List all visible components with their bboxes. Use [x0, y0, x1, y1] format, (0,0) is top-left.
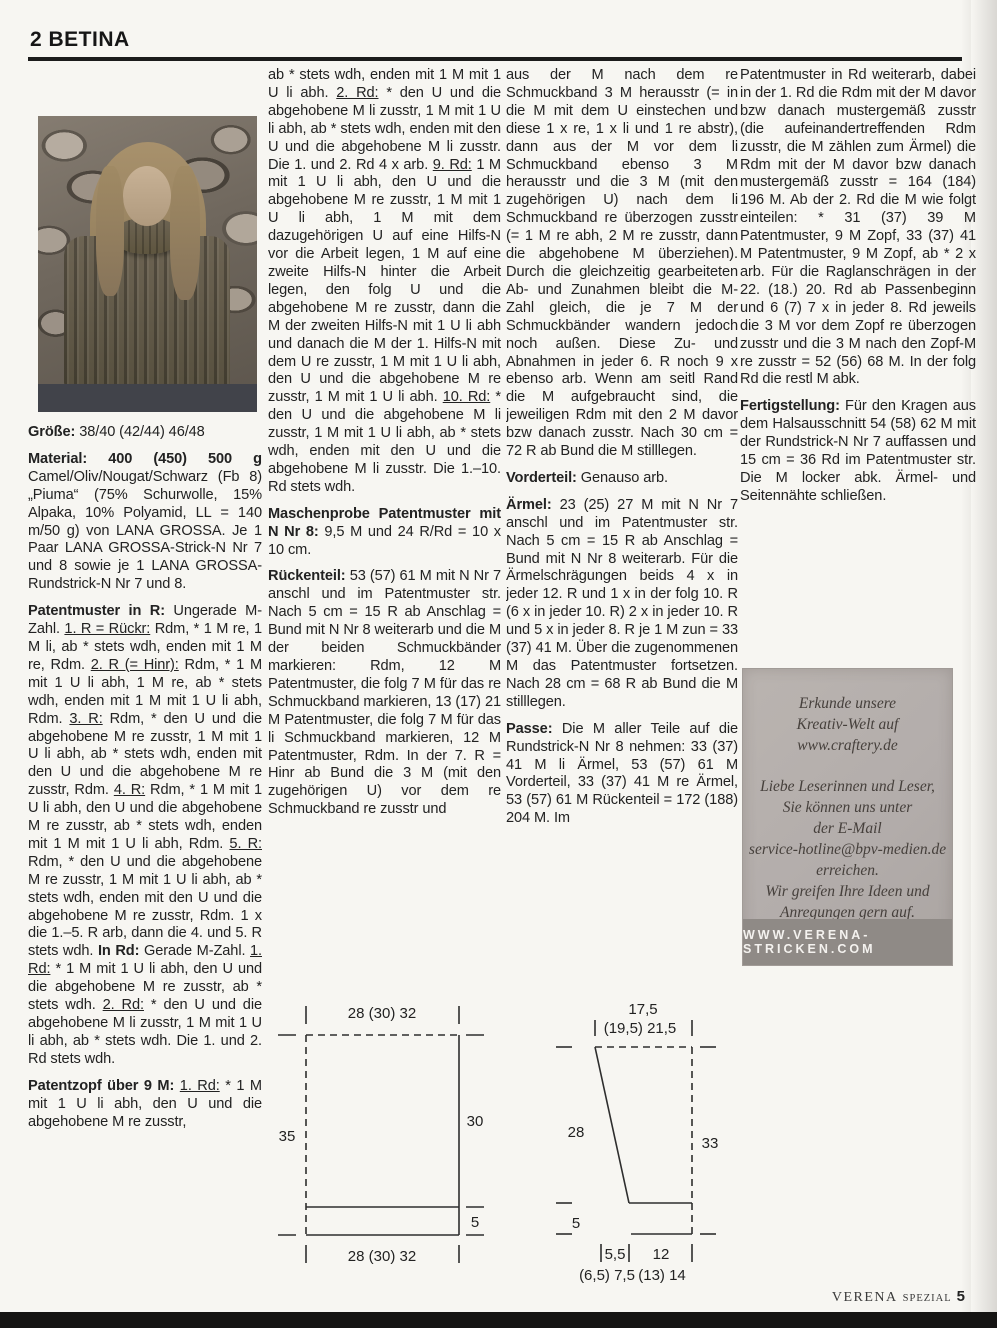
ad-text-line: service-hotline@bpv-medien.de — [743, 839, 952, 860]
paragraph: ab * stets wdh, enden mit 1 M mit 1 U li… — [268, 67, 501, 497]
text-run: 2. Rd: — [336, 85, 378, 101]
paragraph: Patentzopf über 9 M: 1. Rd: * 1 M mit 1 … — [28, 1078, 262, 1132]
model-jeans — [38, 384, 257, 412]
model-hair-left — [96, 166, 124, 296]
text-column-3: aus der M nach dem re Schmuckband 3 M he… — [506, 67, 738, 993]
ad-text-line: Erkunde unsere — [743, 693, 952, 714]
ad-text-line: der E-Mail — [743, 818, 952, 839]
text-run: 3. R: — [69, 711, 102, 727]
text-run: 9. Rd: — [433, 157, 472, 173]
text-run: 4. R: — [114, 782, 145, 798]
paragraph: Patentmuster in Rd weiterarb, dabei in d… — [740, 67, 976, 389]
paragraph: Fertigstellung: Für den Kragen aus dem H… — [740, 398, 976, 505]
sleeve-right-height-label: 33 — [702, 1135, 719, 1152]
ad-website-banner: WWW.VERENA-STRICKEN.COM — [743, 919, 952, 965]
paragraph: aus der M nach dem re Schmuckband 3 M he… — [506, 67, 738, 461]
text-run: 2. Rd: — [103, 997, 144, 1013]
ad-text-line: Sie können uns unter — [743, 797, 952, 818]
craftery-ad-box: Erkunde unsereKreativ-Welt aufwww.crafte… — [742, 668, 953, 966]
ad-text-line: erreichen. — [743, 860, 952, 881]
page-title: 2 BETINA — [30, 28, 130, 52]
schematic-body-piece: 28 (30) 32 35 30 5 28 (30) 32 — [268, 998, 498, 1298]
sleeve-top-width-label-2: (19,5) 21,5 — [604, 1020, 677, 1037]
sleeve-bottom-inner-label-1: 5,5 — [605, 1246, 626, 1263]
text-column-2: ab * stets wdh, enden mit 1 M mit 1 U li… — [268, 67, 501, 993]
ad-intro-text: Erkunde unsereKreativ-Welt aufwww.crafte… — [743, 693, 952, 756]
text-run: Patentmuster in R: — [28, 603, 173, 619]
text-run: Patentmuster in Rd weiterarb, dabei in d… — [740, 67, 976, 387]
text-run: 38/40 (42/44) 46/48 — [79, 424, 205, 440]
text-run: 1 M mit 1 U li abh, den U und die abgeho… — [268, 157, 501, 406]
text-run: 1. Rd: — [180, 1078, 220, 1094]
text-run: 5. R: — [229, 836, 262, 852]
paragraph: Passe: Die M aller Teile auf die Rundstr… — [506, 721, 738, 828]
text-run: Größe: — [28, 424, 79, 440]
sleeve-slant-edge — [595, 1047, 629, 1203]
model-sweater — [64, 236, 230, 388]
text-column-1: Größe: 38/40 (42/44) 46/48Material: 400 … — [28, 424, 262, 1316]
sleeve-top-width-label-1: 17,5 — [628, 1001, 657, 1018]
ad-text-line: Kreativ-Welt auf — [743, 714, 952, 735]
text-run: Camel/Oliv/Nougat/Schwarz (Fb 8) „Piuma“… — [28, 469, 262, 592]
body-bottom-width-label: 28 (30) 32 — [348, 1248, 416, 1265]
text-run: Fertigstellung: — [740, 398, 845, 414]
text-run: Vorderteil: — [506, 470, 581, 486]
text-run: 53 (57) 61 M mit N Nr 7 anschl und im Pa… — [268, 568, 501, 817]
model-face — [123, 166, 171, 226]
text-run: 2. R (= Hinr): — [91, 657, 179, 673]
text-run: Passe: — [506, 721, 562, 737]
text-run: In Rd: — [98, 943, 144, 959]
magazine-page: 2 BETINA Größe: 38/40 (42/44) 46/48Mater… — [0, 0, 997, 1328]
magazine-edition: SPEZIAL — [903, 1293, 952, 1304]
scan-bottom-bar — [0, 1312, 997, 1328]
sleeve-bottom-inner-label-2: (6,5) 7,5 — [579, 1267, 635, 1284]
scan-edge-shadow — [971, 0, 997, 1328]
scan-edge-shadow-inner — [961, 0, 971, 1328]
page-footer: VERENA SPEZIAL 5 — [832, 1288, 965, 1306]
text-run: Gerade M-Zahl. — [144, 943, 250, 959]
sleeve-left-height-label: 28 — [568, 1124, 585, 1141]
magazine-name: VERENA — [832, 1290, 898, 1306]
body-right-height-label: 30 — [467, 1113, 484, 1130]
body-top-width-label: 28 (30) 32 — [348, 1005, 416, 1022]
text-run: 10. Rd: — [443, 389, 491, 405]
model-photo — [38, 116, 257, 412]
ad-website-url: WWW.VERENA-STRICKEN.COM — [743, 928, 952, 956]
paragraph: Rückenteil: 53 (57) 61 M mit N Nr 7 ansc… — [268, 568, 501, 819]
sleeve-bottom-outer-label-2: (13) 14 — [638, 1267, 686, 1284]
text-run: Material: 400 (450) 500 g — [28, 451, 262, 467]
paragraph: Material: 400 (450) 500 g Camel/Oliv/Nou… — [28, 451, 262, 594]
header-rule — [28, 57, 962, 61]
ad-text-line: Wir greifen Ihre Ideen und — [743, 881, 952, 902]
ad-text-line: Liebe Leserinnen und Leser, — [743, 776, 952, 797]
sleeve-cuff-height-label: 5 — [572, 1215, 580, 1232]
paragraph: Vorderteil: Genauso arb. — [506, 470, 738, 488]
paragraph: Ärmel: 23 (25) 27 M mit N Nr 7 anschl un… — [506, 497, 738, 712]
text-run: Ärmel: — [506, 497, 560, 513]
text-run: Patentzopf über 9 M: — [28, 1078, 180, 1094]
paragraph: Größe: 38/40 (42/44) 46/48 — [28, 424, 262, 442]
text-run: 23 (25) 27 M mit N Nr 7 anschl und im Pa… — [506, 497, 738, 710]
text-run: Genauso arb. — [581, 470, 668, 486]
paragraph: Patentmuster in R: Ungerade M-Zahl. 1. R… — [28, 603, 262, 1069]
model-hair-right — [170, 166, 200, 300]
text-run: aus der M nach dem re Schmuckband 3 M he… — [506, 67, 738, 459]
schematic-sleeve-piece: 17,5 (19,5) 21,5 28 33 5 5,5 12 (6,5) 7,… — [545, 998, 765, 1308]
body-cuff-height-label: 5 — [471, 1214, 479, 1231]
text-run: 1. R = Rückr: — [64, 621, 150, 637]
text-column-4: Patentmuster in Rd weiterarb, dabei in d… — [740, 67, 976, 663]
paragraph: Maschenprobe Patentmuster mit N Nr 8: 9,… — [268, 506, 501, 560]
body-left-height-label: 35 — [279, 1128, 296, 1145]
text-run: Rückenteil: — [268, 568, 350, 584]
ad-message-text: Liebe Leserinnen und Leser,Sie können un… — [743, 776, 952, 923]
sleeve-bottom-outer-label-1: 12 — [653, 1246, 670, 1263]
ad-text-line: www.craftery.de — [743, 735, 952, 756]
